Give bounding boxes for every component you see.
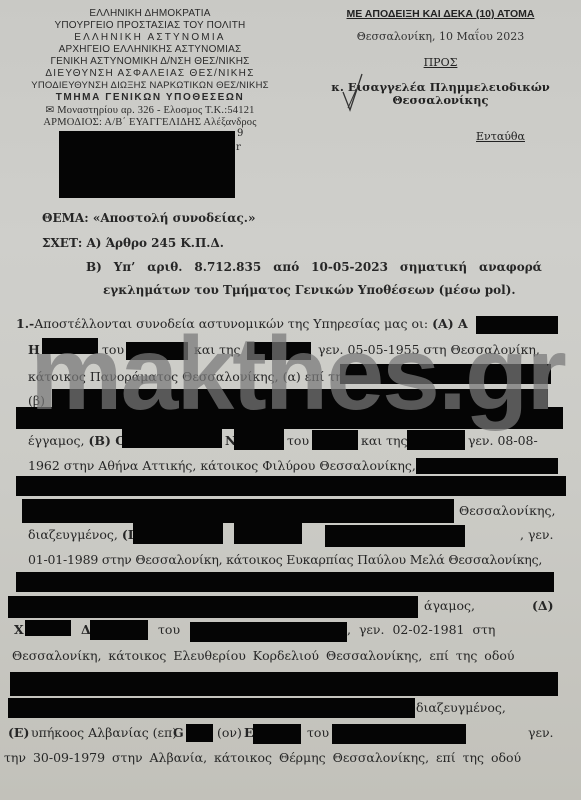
letterhead-line: ΓΕΝΙΚΗ ΑΣΤΥΝΟΜΙΚΗ Δ/ΝΣΗ ΘΕΣ/ΝΙΚΗΣ bbox=[0, 56, 300, 68]
reference-a-text: Άρθρο 245 Κ.Π.Δ. bbox=[106, 236, 224, 250]
person-mark: (Β) Ο bbox=[88, 433, 126, 448]
redaction-block bbox=[22, 499, 454, 523]
letterhead-line: ΥΠΟΥΡΓΕΙΟ ΠΡΟΣΤΑΣΙΑΣ ΤΟΥ ΠΟΛΙΤΗ bbox=[0, 20, 300, 32]
reference-label: ΣΧΕΤ: bbox=[42, 236, 82, 250]
delivery-note: ΜΕ ΑΠΟΔΕΙΞΗ ΚΑΙ ΔΕΚΑ (10) ΑΤΟΜΑ bbox=[300, 8, 581, 20]
body-text: γεν. 05-05-1955 στη Θεσσαλονίκη, bbox=[318, 342, 540, 357]
letterhead-line: ΕΛΛΗΝΙΚΗ ΔΗΜΟΚΡΑΤΙΑ bbox=[0, 8, 300, 20]
redaction-block bbox=[190, 622, 347, 642]
officer-line: ΑΡΜΟΔΙΟΣ: Α/Β΄ ΕΥΑΓΓΕΛΙΔΗΣ Αλέξανδρος bbox=[0, 117, 300, 129]
body-text: γεν. bbox=[528, 725, 554, 740]
body-text: διαζευγμένος, bbox=[416, 700, 506, 715]
redaction-block bbox=[8, 698, 415, 718]
redaction-block bbox=[234, 522, 302, 544]
body-text: του bbox=[102, 342, 124, 357]
redaction-block bbox=[234, 428, 284, 450]
reference-b-prefix: Β) bbox=[86, 260, 102, 274]
to-label: ΠΡΟΣ bbox=[300, 56, 581, 69]
subject-label: ΘΕΜΑ: bbox=[42, 211, 89, 225]
redaction-block bbox=[90, 620, 148, 640]
body-text: και της bbox=[361, 433, 408, 448]
reference-a-prefix: Α) bbox=[87, 236, 102, 250]
checkmark-icon bbox=[340, 70, 370, 115]
redaction-block bbox=[332, 724, 466, 744]
redaction-block bbox=[8, 596, 418, 618]
body-text: άγαμος, bbox=[424, 598, 475, 613]
envelope-icon: ✉ bbox=[45, 105, 54, 116]
body-line-9: Θεσσαλονίκης, bbox=[459, 503, 555, 518]
local-label: Ενταύθα bbox=[360, 130, 581, 143]
ref-word: αριθ. bbox=[147, 260, 182, 274]
reference-b-line1: Β) Υπ’ αριθ. 8.712.835 από 10-05-2023 ση… bbox=[86, 260, 542, 274]
address-line: ✉ Μοναστηρίου αρ. 326 - Ελοσμος Τ.Κ.:541… bbox=[0, 105, 300, 117]
body-text: υπήκοος Αλβανίας (επ) bbox=[31, 725, 177, 740]
redaction-block bbox=[312, 430, 358, 450]
redaction-block bbox=[340, 364, 551, 384]
subject: ΘΕΜΑ: «Αποστολή συνοδείας.» bbox=[42, 211, 255, 225]
ref-word: αναφορά bbox=[479, 260, 542, 274]
ref-word: σηματική bbox=[400, 260, 467, 274]
redaction-block bbox=[416, 458, 558, 474]
ref-word: 10-05-2023 bbox=[311, 260, 388, 274]
body-line-19: την 30-09-1979 στην Αλβανία, κάτοικος Θέ… bbox=[4, 750, 521, 765]
reference-a: ΣΧΕΤ: Α) Άρθρο 245 Κ.Π.Δ. bbox=[42, 236, 224, 250]
body-text: του bbox=[307, 725, 329, 740]
redaction-block bbox=[59, 131, 235, 198]
redaction-block bbox=[253, 724, 301, 744]
department-name: ΤΜΗΜΑ ΓΕΝΙΚΩΝ ΥΠΟΘΕΣΕΩΝ bbox=[0, 92, 300, 104]
letterhead-line: ΔΙΕΥΘΥΝΣΗ ΑΣΦΑΛΕΙΑΣ ΘΕΣ/ΝΙΚΗΣ bbox=[0, 68, 300, 80]
body-text: και της bbox=[194, 342, 241, 357]
document-page: ΕΛΛΗΝΙΚΗ ΔΗΜΟΚΡΑΤΙΑ ΥΠΟΥΡΓΕΙΟ ΠΡΟΣΤΑΣΙΑΣ… bbox=[0, 0, 581, 800]
body-line-11: 01-01-1989 στην Θεσσαλονίκη, κάτοικος Ευ… bbox=[28, 552, 558, 567]
redaction-block bbox=[126, 342, 188, 360]
ref-word: από bbox=[273, 260, 299, 274]
person-mark: (Ε) bbox=[8, 725, 29, 740]
body-text: του bbox=[158, 622, 180, 637]
body-text: (ον) bbox=[217, 725, 242, 740]
body-text: Αποστέλλονται συνοδεία αστυνομικών της Υ… bbox=[34, 316, 432, 331]
redaction-block bbox=[476, 316, 558, 334]
redaction-block bbox=[186, 724, 213, 742]
partial-text: r bbox=[236, 142, 241, 153]
body-line-1: 1.-Αποστέλλονται συνοδεία αστυνομικών τη… bbox=[16, 316, 546, 331]
redaction-block bbox=[122, 428, 222, 448]
redaction-block bbox=[16, 572, 554, 592]
reference-b-line2: εγκλημάτων του Τμήματος Γενικών Υποθέσεω… bbox=[103, 283, 516, 297]
body-text: , γεν. bbox=[520, 527, 553, 542]
subject-text: «Αποστολή συνοδείας.» bbox=[93, 211, 256, 225]
body-text: , γεν. 08-08- bbox=[460, 433, 538, 448]
person-mark: (Δ) bbox=[532, 598, 554, 613]
person-initial: Χ bbox=[14, 622, 24, 637]
redaction-block bbox=[42, 338, 98, 354]
address-text: Μοναστηρίου αρ. 326 - Ελοσμος Τ.Κ.:54121 bbox=[57, 105, 254, 116]
letterhead-line: ΥΠΟΔΙΕΥΘΥΝΣΗ ΔΙΩΞΗΣ ΝΑΡΚΩΤΙΚΩΝ ΘΕΣ/ΝΙΚΗΣ bbox=[0, 80, 300, 92]
body-text: του bbox=[287, 433, 309, 448]
redaction-block bbox=[133, 522, 223, 544]
place-date: Θεσσαλονίκη, 10 Μαΐου 2023 bbox=[300, 30, 581, 43]
letterhead-line: ΑΡΧΗΓΕΙΟ ΕΛΛΗΝΙΚΗΣ ΑΣΤΥΝΟΜΙΑΣ bbox=[0, 44, 300, 56]
redaction-block bbox=[407, 430, 465, 450]
redaction-block bbox=[16, 476, 566, 496]
redaction-block bbox=[10, 672, 558, 696]
redaction-block bbox=[325, 525, 465, 547]
redaction-block bbox=[247, 342, 311, 360]
paragraph-number: 1.- bbox=[16, 316, 34, 331]
body-text: , γεν. 02-02-1981 στη bbox=[347, 622, 495, 637]
redaction-block bbox=[25, 620, 71, 636]
person-initial: Η bbox=[28, 342, 40, 357]
ref-word: Υπ’ bbox=[114, 260, 136, 274]
body-text: έγγαμος, bbox=[28, 433, 88, 448]
ref-word: 8.712.835 bbox=[194, 260, 261, 274]
body-line-15: Θεσσαλονίκη, κάτοικος Ελευθερίου Κορδελι… bbox=[12, 648, 515, 663]
redaction-block bbox=[52, 389, 548, 407]
person-mark: (Α) Α bbox=[432, 316, 468, 331]
letterhead-line: ΕΛΛΗΝΙΚΗ ΑΣΤΥΝΟΜΙΑ bbox=[0, 32, 300, 44]
person-initial: G bbox=[173, 725, 184, 740]
body-text: διαζευγμένος, bbox=[28, 527, 122, 542]
redaction-block bbox=[16, 407, 563, 429]
partial-text: 9 bbox=[237, 128, 243, 139]
